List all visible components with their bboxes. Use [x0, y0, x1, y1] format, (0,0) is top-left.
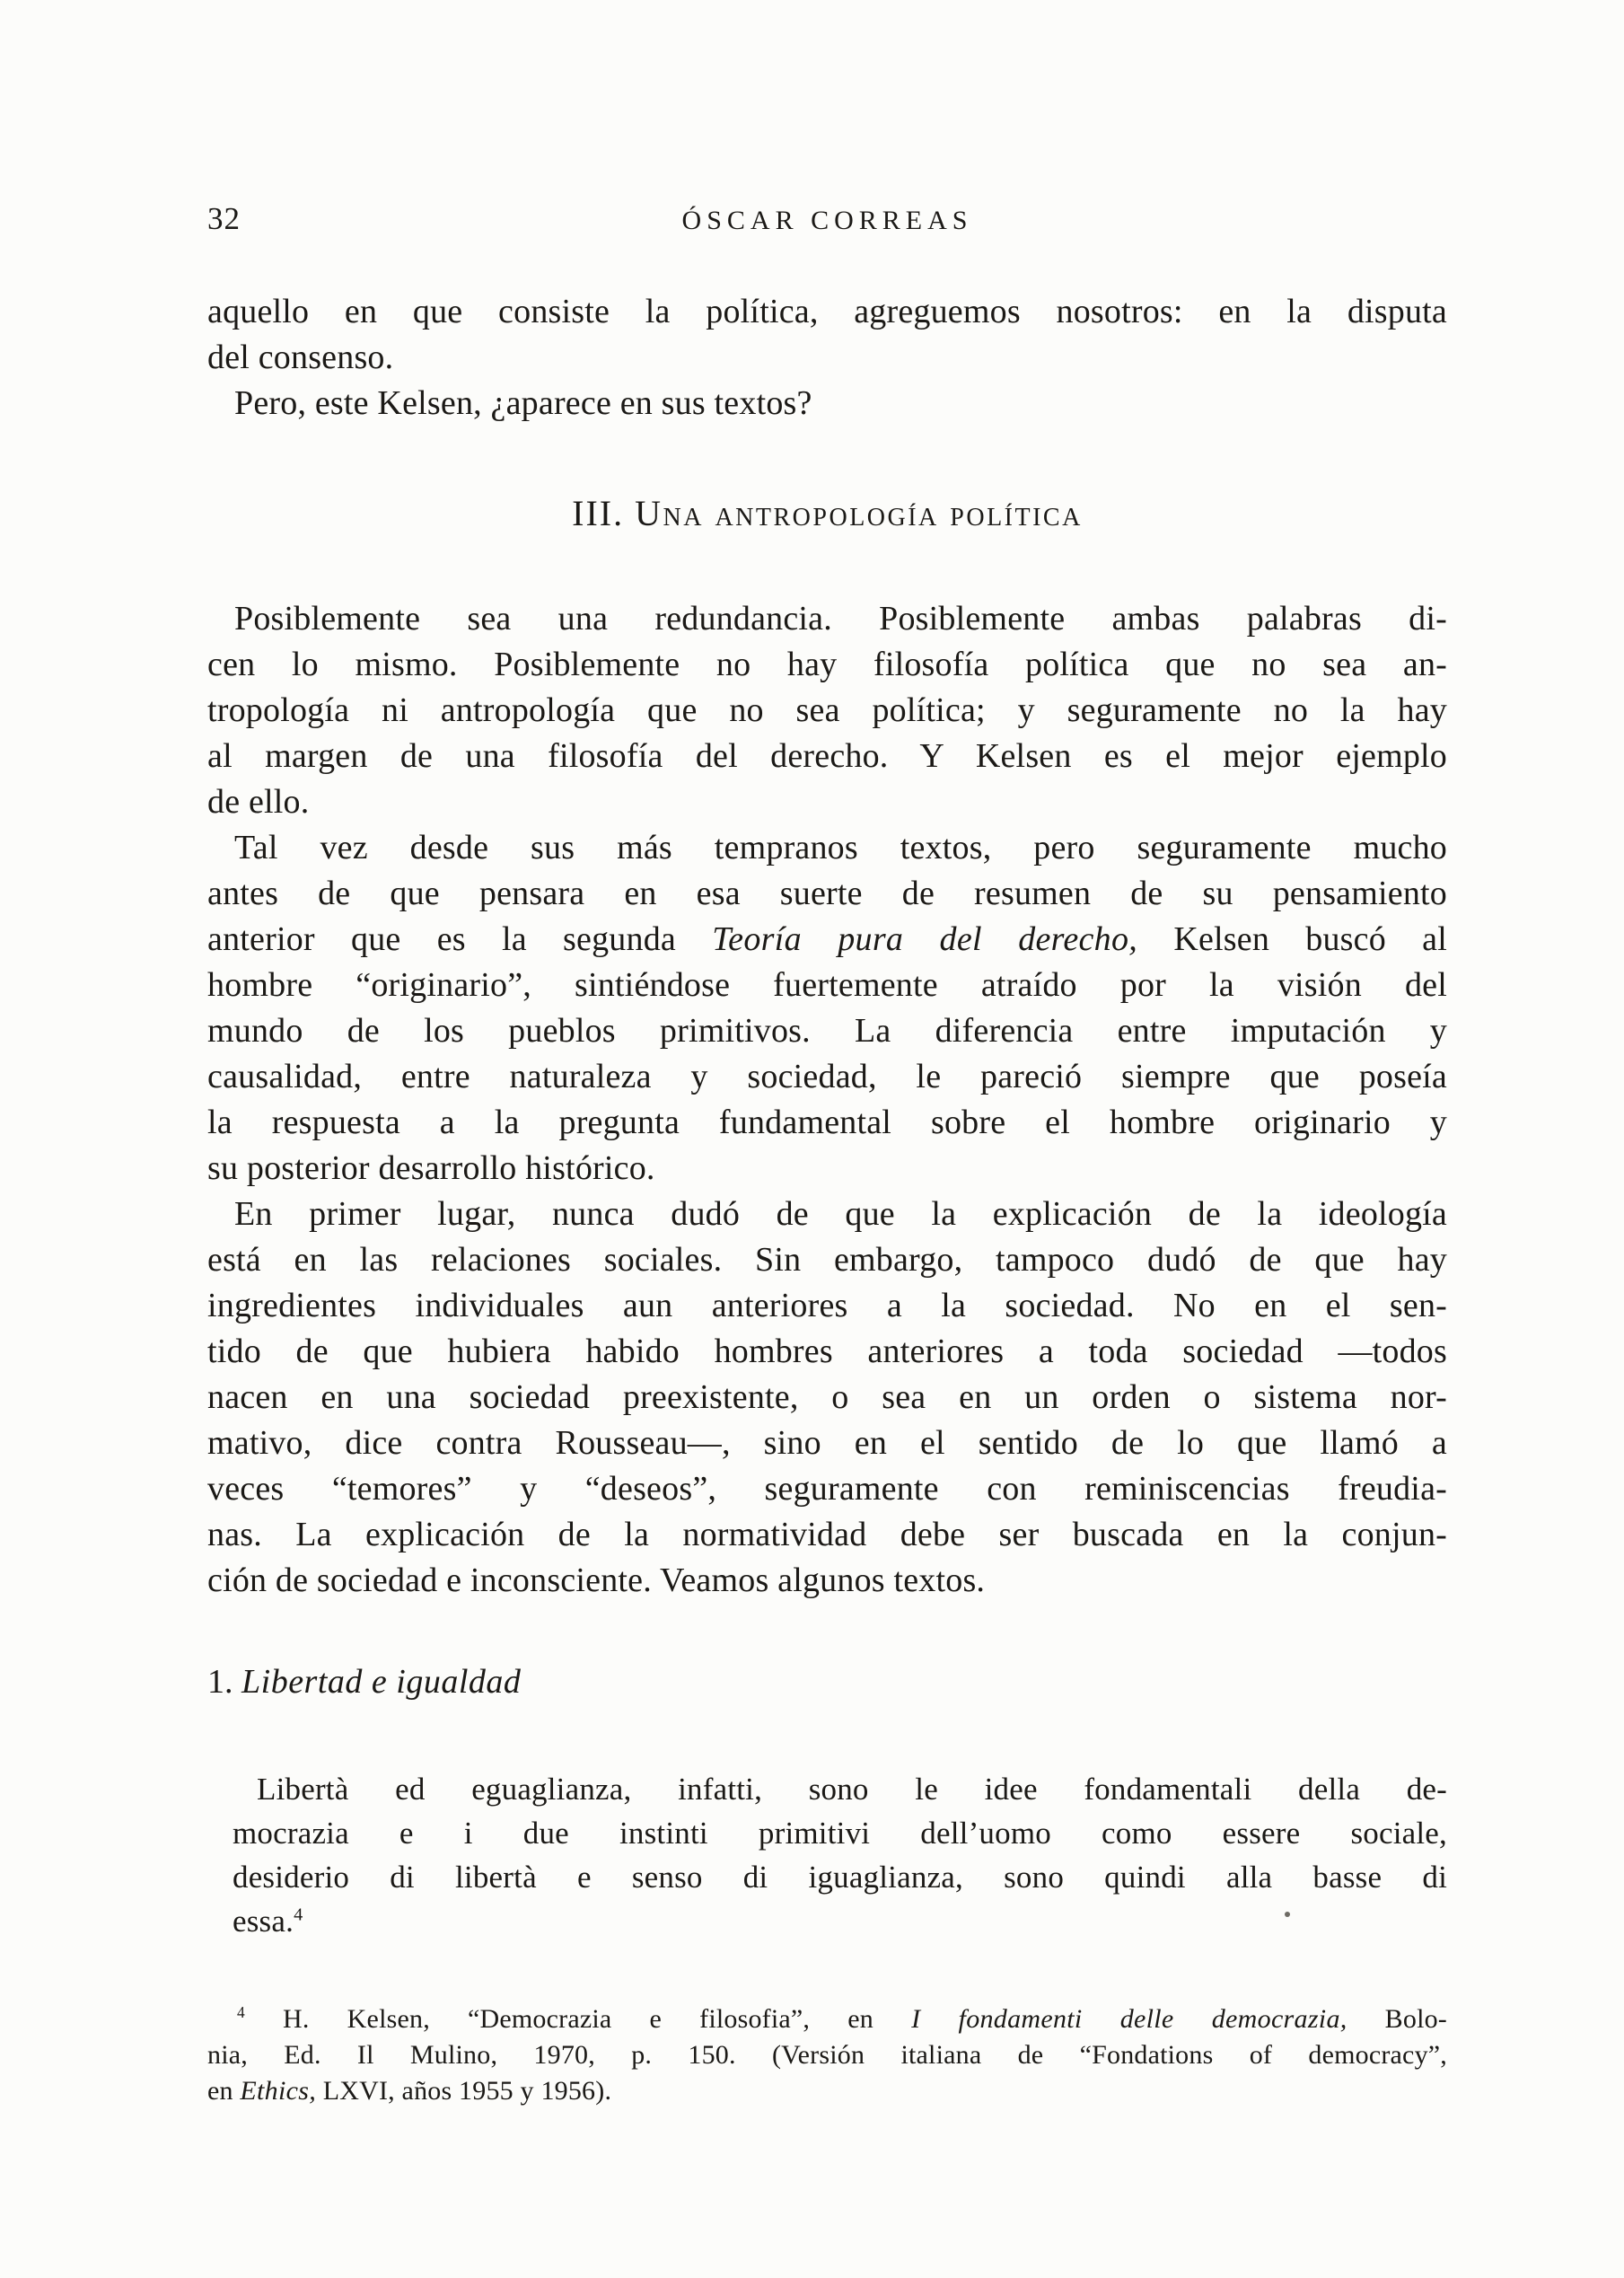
- subsection-number: 1.: [207, 1663, 233, 1701]
- body-line: de ello.: [207, 779, 1447, 825]
- subsection-title: Libertad e igualdad: [241, 1663, 521, 1701]
- body-line: anterior que es la segunda Teoría pura d…: [207, 917, 1447, 963]
- body-line: Pero, este Kelsen, ¿aparece en sus texto…: [207, 381, 1447, 427]
- body-line: del consenso.: [207, 335, 1447, 381]
- section-heading: III. Una antropología política: [207, 492, 1447, 534]
- body-line: aquello en que consiste la política, agr…: [207, 289, 1447, 335]
- body-line: nas. La explicación de la normatividad d…: [207, 1512, 1447, 1558]
- body-line: mundo de los pueblos primitivos. La dife…: [207, 1008, 1447, 1054]
- footnote: 4 H. Kelsen, “Democrazia e filosofia”, e…: [207, 2001, 1447, 2109]
- section-numeral: III.: [572, 493, 624, 533]
- body-line: Posiblemente sea una redundancia. Posibl…: [207, 596, 1447, 642]
- quote-line: essa.4: [233, 1899, 1447, 1943]
- body-line: su posterior desarrollo histórico.: [207, 1146, 1447, 1192]
- body-line: Tal vez desde sus más tempranos textos, …: [207, 825, 1447, 871]
- book-page: 32 ÓSCAR CORREAS aquello en que consiste…: [0, 0, 1624, 2278]
- body-line: hombre “originario”, sintiéndose fuertem…: [207, 963, 1447, 1008]
- body-line: al margen de una filosofía del derecho. …: [207, 734, 1447, 779]
- quote-line: desiderio di libertà e senso di iguaglia…: [233, 1855, 1447, 1899]
- scan-speck: [1285, 1912, 1290, 1917]
- body-line: nacen en una sociedad preexistente, o se…: [207, 1375, 1447, 1420]
- running-head: ÓSCAR CORREAS: [207, 206, 1447, 236]
- body-line: cen lo mismo. Posiblemente no hay filoso…: [207, 642, 1447, 688]
- body-line: causalidad, entre naturaleza y sociedad,…: [207, 1054, 1447, 1100]
- paragraph-tal-vez: Tal vez desde sus más tempranos textos, …: [207, 825, 1447, 1192]
- quote-line: Libertà ed eguaglianza, infatti, sono le…: [233, 1767, 1447, 1811]
- body-line: antes de que pensara en esa suerte de re…: [207, 871, 1447, 917]
- footnote-line: 4 H. Kelsen, “Democrazia e filosofia”, e…: [207, 2001, 1447, 2037]
- body-line: la respuesta a la pregunta fundamental s…: [207, 1100, 1447, 1146]
- body-line: En primer lugar, nunca dudó de que la ex…: [207, 1192, 1447, 1237]
- intro-paragraph: aquello en que consiste la política, agr…: [207, 289, 1447, 381]
- question-paragraph: Pero, este Kelsen, ¿aparece en sus texto…: [207, 381, 1447, 427]
- footnote-line: nia, Ed. Il Mulino, 1970, p. 150. (Versi…: [207, 2037, 1447, 2073]
- body-line: ción de sociedad e inconsciente. Veamos …: [207, 1558, 1447, 1604]
- body-line: tropología ni antropología que no sea po…: [207, 688, 1447, 734]
- footnote-line: en Ethics, LXVI, años 1955 y 1956).: [207, 2073, 1447, 2109]
- subsection-heading: 1. Libertad e igualdad: [207, 1662, 1447, 1702]
- body-line: tido de que hubiera habido hombres anter…: [207, 1329, 1447, 1375]
- paragraph-en-primer-lugar: En primer lugar, nunca dudó de que la ex…: [207, 1192, 1447, 1604]
- body-line: está en las relaciones sociales. Sin emb…: [207, 1237, 1447, 1283]
- body-line: mativo, dice contra Rousseau—, sino en e…: [207, 1420, 1447, 1466]
- section-title: Una antropología política: [635, 493, 1083, 533]
- paragraph-redundancia: Posiblemente sea una redundancia. Posibl…: [207, 596, 1447, 825]
- body-line: veces “temores” y “deseos”, seguramente …: [207, 1466, 1447, 1512]
- quote-line: mocrazia e i due instinti primitivi dell…: [233, 1811, 1447, 1855]
- body-line: ingredientes individuales aun anteriores…: [207, 1283, 1447, 1329]
- block-quote: Libertà ed eguaglianza, infatti, sono le…: [233, 1767, 1447, 1943]
